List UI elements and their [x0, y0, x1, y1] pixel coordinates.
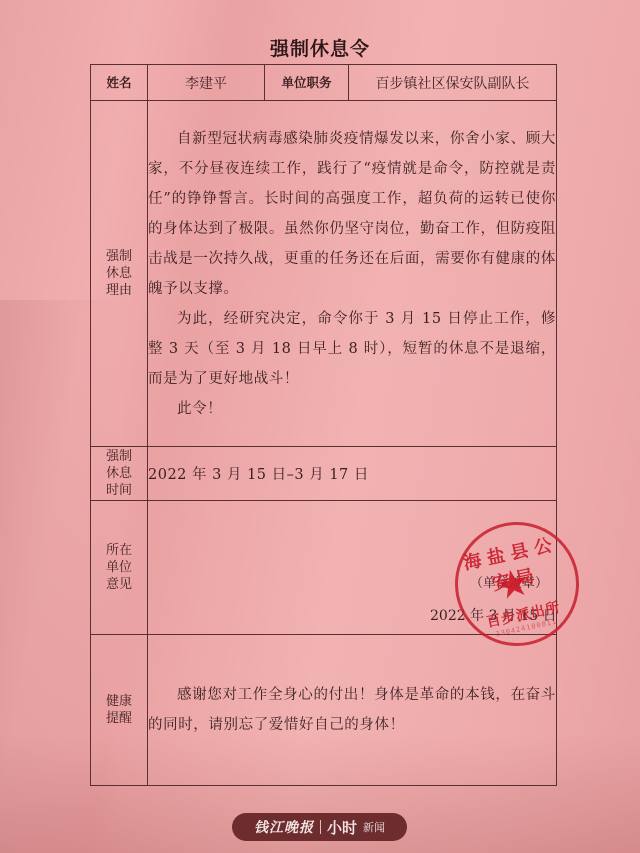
rest-order-form: 姓名 李建平 单位职务 百步镇社区保安队副队长 强制 休息 理由 自新型冠状病毒…: [90, 64, 557, 786]
watermark-divider: [320, 820, 321, 834]
reason-paragraph-2: 为此，经研究决定，命令你于 3 月 15 日停止工作，修整 3 天（至 3 月 …: [148, 304, 556, 394]
name-label: 姓名: [91, 65, 148, 101]
health-text: 感谢您对工作全身心的付出！身体是革命的本钱，在奋斗的同时，请别忘了爱惜好自己的身…: [148, 635, 557, 786]
reason-row: 强制 休息 理由 自新型冠状病毒感染肺炎疫情爆发以来，你舍小家、顾大家，不分昼夜…: [91, 101, 557, 447]
watermark-left: 钱江晚报: [254, 817, 314, 837]
health-label: 健康 提醒: [91, 635, 148, 786]
watermark-right-big: 小时: [327, 817, 357, 838]
rest-time-label: 强制 休息 时间: [91, 447, 148, 501]
position-value: 百步镇社区保安队副队长: [349, 65, 557, 101]
reason-text: 自新型冠状病毒感染肺炎疫情爆发以来，你舍小家、顾大家，不分昼夜连续工作，践行了“…: [148, 101, 557, 447]
reason-paragraph-1: 自新型冠状病毒感染肺炎疫情爆发以来，你舍小家、顾大家，不分昼夜连续工作，践行了“…: [148, 124, 556, 304]
rest-time-value: 2022 年 3 月 15 日–3 月 17 日: [148, 447, 557, 501]
watermark-right-small: 新闻: [363, 819, 385, 835]
reason-paragraph-3: 此令！: [148, 394, 556, 424]
rest-time-row: 强制 休息 时间 2022 年 3 月 15 日–3 月 17 日: [91, 447, 557, 501]
health-row: 健康 提醒 感谢您对工作全身心的付出！身体是革命的本钱，在奋斗的同时，请别忘了爱…: [91, 635, 557, 786]
header-row: 姓名 李建平 单位职务 百步镇社区保安队副队长: [91, 65, 557, 101]
reason-label: 强制 休息 理由: [91, 101, 148, 447]
watermark-logo: 钱江晚报 小时 新闻: [232, 813, 407, 841]
document-title: 强制休息令: [0, 34, 640, 61]
unit-opinion-label: 所在 单位 意见: [91, 501, 148, 635]
position-label: 单位职务: [265, 65, 349, 101]
name-value: 李建平: [148, 65, 265, 101]
